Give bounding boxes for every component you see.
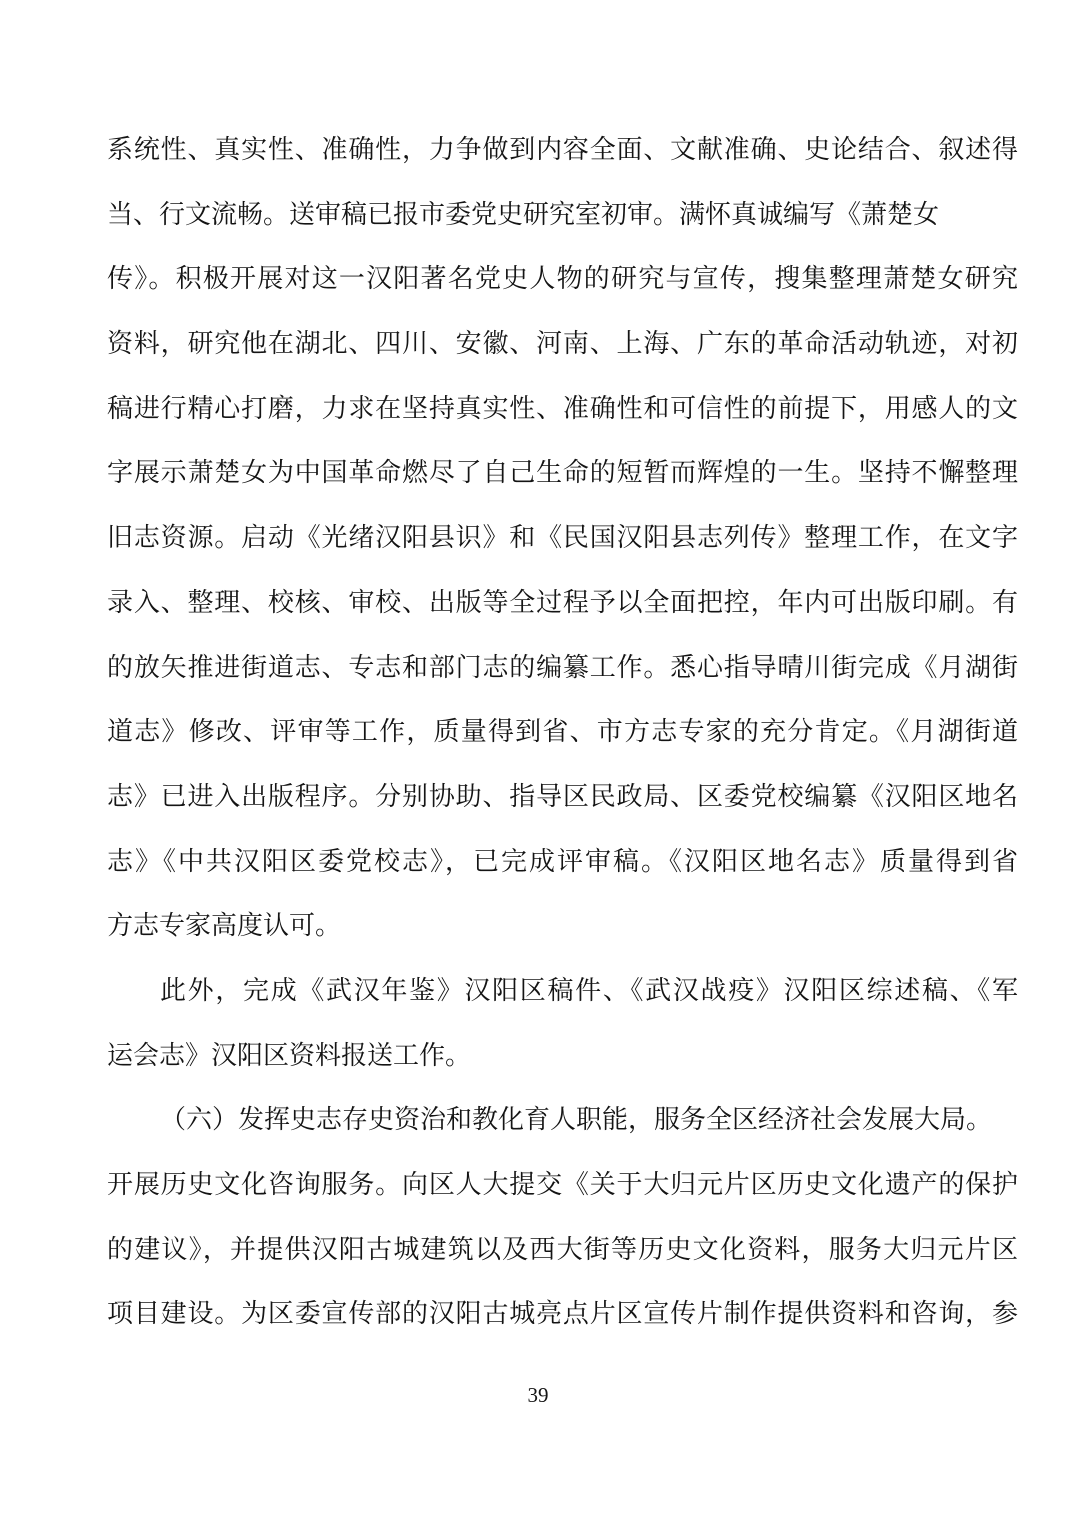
text-line: 的放矢推进街道志、专志和部门志的编纂工作。悉心指导晴川街完成《月湖街 [107,636,1018,701]
text-line: 志》《中共汉阳区委党校志》，已完成评审稿。《汉阳区地名志》质量得到省 [107,830,1018,895]
text-line: 志》已进入出版程序。分别协助、指导区民政局、区委党校编纂《汉阳区地名 [107,765,1018,830]
text-line: 字展示萧楚女为中国革命燃尽了自己生命的短暂而辉煌的一生。坚持不懈整理 [107,441,1018,506]
document-body: 系统性、真实性、准确性，力争做到内容全面、文献准确、史论结合、叙述得 当、行文流… [107,118,1018,1347]
text-line: 当、行文流畅。送审稿已报市委党史研究室初审。满怀真诚编写《萧楚女 [107,183,1018,248]
text-line: 旧志资源。启动《光绪汉阳县识》和《民国汉阳县志列传》整理工作，在文字 [107,506,1018,571]
text-line: 道志》修改、评审等工作，质量得到省、市方志专家的充分肯定。《月湖街道 [107,700,1018,765]
text-line: 录入、整理、校核、审校、出版等全过程予以全面把控，年内可出版印刷。有 [107,571,1018,636]
text-line: 资料，研究他在湖北、四川、安徽、河南、上海、广东的革命活动轨迹，对初 [107,312,1018,377]
text-line: 系统性、真实性、准确性，力争做到内容全面、文献准确、史论结合、叙述得 [107,118,1018,183]
page-number: 39 [0,1383,1076,1408]
text-line: 运会志》汉阳区资料报送工作。 [107,1024,1018,1089]
text-line-paragraph-start: 此外，完成《武汉年鉴》汉阳区稿件、《武汉战疫》汉阳区综述稿、《军 [107,959,1018,1024]
text-line: 方志专家高度认可。 [107,894,1018,959]
text-line: 项目建设。为区委宣传部的汉阳古城亮点片区宣传片制作提供资料和咨询，参 [107,1282,1018,1347]
text-line-paragraph-start: （六）发挥史志存史资治和教化育人职能，服务全区经济社会发展大局。 [107,1088,1018,1153]
text-line: 的建议》，并提供汉阳古城建筑以及西大街等历史文化资料，服务大归元片区 [107,1218,1018,1283]
text-line: 稿进行精心打磨，力求在坚持真实性、准确性和可信性的前提下，用感人的文 [107,377,1018,442]
document-page: 系统性、真实性、准确性，力争做到内容全面、文献准确、史论结合、叙述得 当、行文流… [0,0,1076,1522]
text-line: 传》。积极开展对这一汉阳著名党史人物的研究与宣传，搜集整理萧楚女研究 [107,247,1018,312]
text-line: 开展历史文化咨询服务。向区人大提交《关于大归元片区历史文化遗产的保护 [107,1153,1018,1218]
